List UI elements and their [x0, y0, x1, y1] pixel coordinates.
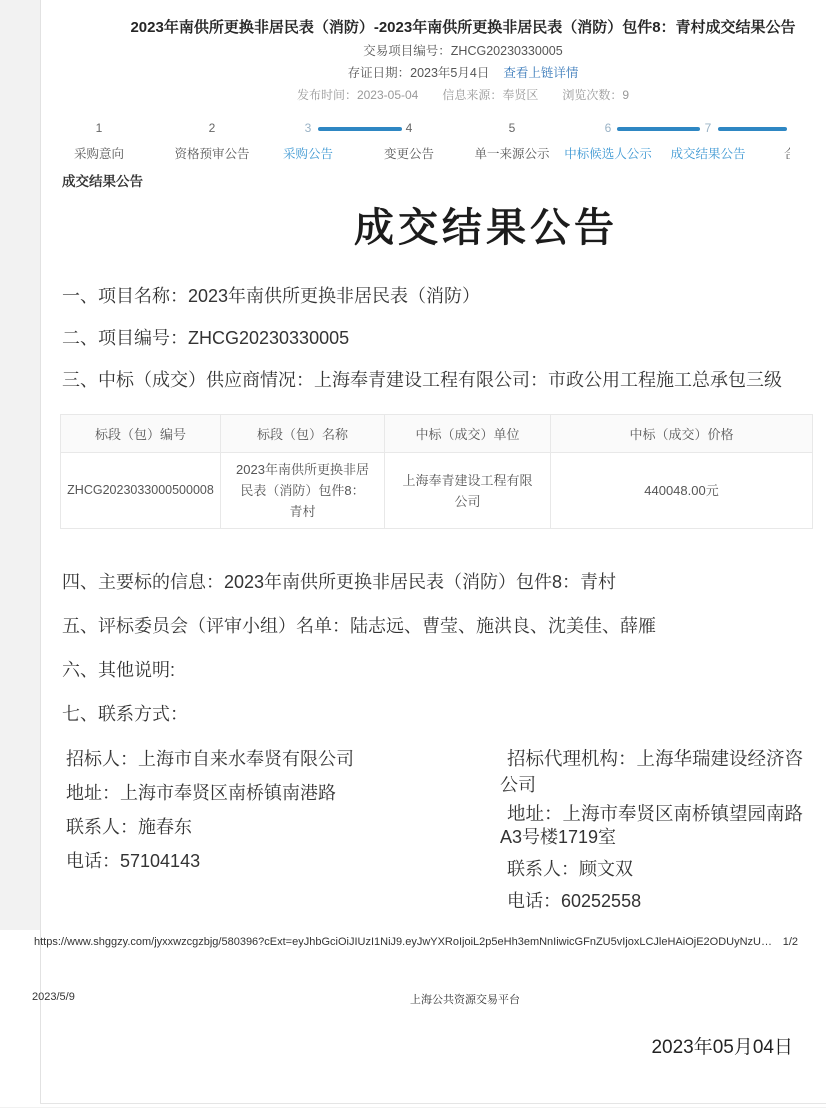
page-indicator: 1/2 [783, 936, 798, 948]
table-header-row: 标段（包）编号 标段（包）名称 中标（成交）单位 中标（成交）价格 [61, 415, 813, 453]
print-page: 2023年南供所更换非居民表（消防）-2023年南供所更换非居民表（消防）包件8… [0, 0, 826, 1113]
cell-winning-unit: 上海奉青建设工程有限公司 [385, 453, 551, 529]
cell-package-number: ZHCG2023033000500008 [61, 453, 221, 529]
agency-contact: 联系人：顾文双 [507, 855, 633, 881]
cell-package-name: 2023年南供所更换非居民表（消防）包件8：青村 [221, 453, 385, 529]
step-label[interactable]: 资格预审公告 [174, 144, 249, 162]
publish-meta-line: 发布时间：2023-05-04信息来源：奉贤区浏览次数：9 [40, 86, 826, 103]
source-url: https://www.shggzy.com/jyxxwzcgzbjg/5803… [34, 936, 774, 948]
step-connector-3-4 [318, 127, 402, 131]
step-number: 3 [305, 121, 312, 135]
tenderer-contact: 联系人：施春东 [66, 813, 192, 839]
tenderer-name: 招标人：上海市自来水奉贤有限公司 [66, 745, 354, 771]
step-number: 5 [509, 121, 516, 135]
section-subject-info: 四、主要标的信息：2023年南供所更换非居民表（消防）包件8：青村 [62, 568, 616, 594]
announcement-page-title: 2023年南供所更换非居民表（消防）-2023年南供所更换非居民表（消防）包件8… [40, 16, 826, 37]
agency-address-line2: A3号楼1719室 [500, 823, 616, 849]
col-header-winning-price: 中标（成交）价格 [551, 415, 813, 453]
left-margin-strip [0, 0, 40, 930]
col-header-package-name: 标段（包）名称 [221, 415, 385, 453]
cell-winning-price: 440048.00元 [551, 453, 813, 529]
info-source: 信息来源：奉贤区 [442, 88, 538, 102]
step-number: 2 [209, 121, 216, 135]
agency-name-line2: 公司 [500, 771, 536, 797]
tenderer-address: 地址：上海市奉贤区南桥镇南港路 [66, 779, 336, 805]
step-label[interactable]: 采购公告 [283, 144, 333, 162]
cert-date: 存证日期：2023年5月4日 [348, 66, 490, 80]
step-label[interactable]: 采购意向 [74, 144, 124, 162]
agency-phone: 电话：60252558 [507, 887, 641, 913]
step-number: 7 [705, 121, 712, 135]
section-winning-supplier: 三、中标（成交）供应商情况：上海奉青建设工程有限公司：市政公用工程施工总承包三级 [62, 366, 782, 392]
trade-project-number: 交易项目编号：ZHCG20230330005 [40, 41, 826, 59]
current-section-label: 成交结果公告 [62, 170, 143, 190]
view-chain-details-link[interactable]: 查看上链详情 [503, 66, 578, 80]
step-label[interactable]: 成交结果公告 [670, 144, 745, 162]
step-label[interactable]: 中标候选人公示 [564, 144, 652, 162]
page-bottom-border-outer [0, 1107, 826, 1108]
step-number: 4 [406, 121, 413, 135]
award-result-table: 标段（包）编号 标段（包）名称 中标（成交）单位 中标（成交）价格 ZHCG20… [60, 414, 813, 529]
agency-name-line1: 招标代理机构：上海华瑞建设经济咨 [507, 745, 803, 771]
publish-time: 发布时间：2023-05-04 [297, 88, 418, 102]
tenderer-phone: 电话：57104143 [66, 847, 200, 873]
step-connector-6-7 [617, 127, 700, 131]
section-project-number: 二、项目编号：ZHCG20230330005 [62, 324, 349, 350]
step-label[interactable]: 单一来源公示 [474, 144, 549, 162]
table-row: ZHCG2023033000500008 2023年南供所更换非居民表（消防）包… [61, 453, 813, 529]
view-count: 浏览次数：9 [562, 88, 629, 102]
section-committee-list: 五、评标委员会（评审小组）名单：陆志远、曹莹、施洪良、沈美佳、薛雁 [62, 612, 656, 638]
platform-name: 上海公共资源交易平台 [40, 991, 826, 1007]
step-number: 1 [96, 121, 103, 135]
page-bottom-border [40, 1103, 826, 1104]
section-project-name: 一、项目名称：2023年南供所更换非居民表（消防） [62, 282, 480, 308]
col-header-winning-unit: 中标（成交）单位 [385, 415, 551, 453]
document-main-title: 成交结果公告 [40, 196, 826, 253]
cert-date-line: 存证日期：2023年5月4日查看上链详情 [40, 63, 826, 81]
col-header-package-number: 标段（包）编号 [61, 415, 221, 453]
step-number: 6 [605, 121, 612, 135]
section-other-notes: 六、其他说明: [62, 656, 175, 682]
step-connector-7-8 [718, 127, 787, 131]
step-label-clipped: 合 [784, 144, 790, 159]
announcement-date: 2023年05月04日 [651, 1032, 793, 1059]
step-label[interactable]: 变更公告 [384, 144, 434, 162]
section-contact-info: 七、联系方式： [62, 700, 188, 726]
